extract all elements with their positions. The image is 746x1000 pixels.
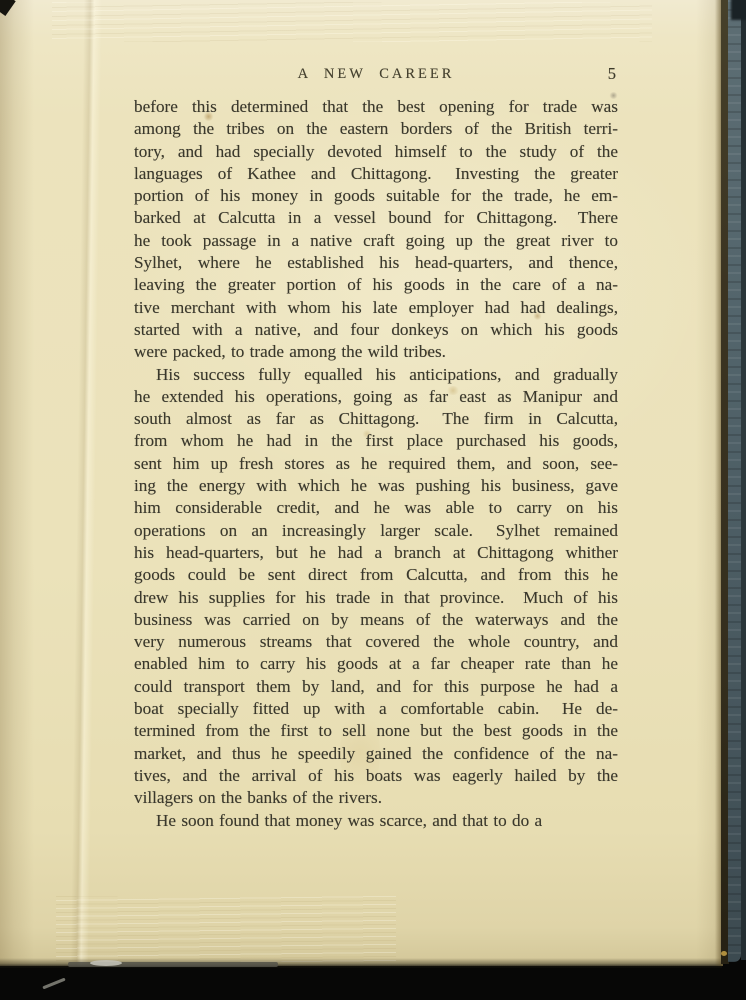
text-line: from whom he had in the first place purc… [134, 430, 618, 452]
text-line: villagers on the banks of the rivers. [134, 787, 618, 809]
text-line: among the tribes on the eastern borders … [134, 118, 618, 140]
text-line: could transport them by land, and for th… [134, 676, 618, 698]
text-line: tive merchant with whom his late employe… [134, 297, 618, 319]
page-edges-top [52, 2, 652, 42]
book-scan: A NEW CAREER 5 before this determined th… [0, 0, 746, 1000]
text-line: drew his supplies for his trade in that … [134, 587, 618, 609]
text-line: His success fully equalled his anticipat… [134, 364, 618, 386]
text-line: south almost as far as Chittagong. The f… [134, 408, 618, 430]
text-line: enabled him to carry his goods at a far … [134, 653, 618, 675]
cover-gold-speck [721, 951, 727, 956]
text-line: business was carried on by means of the … [134, 609, 618, 631]
paragraph: before this determined that the best ope… [134, 96, 618, 364]
text-line: ing the energy with which he was pushing… [134, 475, 618, 497]
text-line: goods could be sent direct from Calcutta… [134, 564, 618, 586]
cover-outer-edge [741, 0, 746, 960]
scratch-mark [42, 978, 65, 990]
text-line: termined from the first to sell none but… [134, 720, 618, 742]
page-crease [71, 0, 102, 966]
text-line: he extended his operations, going as far… [134, 386, 618, 408]
text-line: he took passage in a native craft going … [134, 230, 618, 252]
text-line: his head-quarters, but he had a branch a… [134, 542, 618, 564]
text-line: Sylhet, where he established his head-qu… [134, 252, 618, 274]
text-line: very numerous streams that covered the w… [134, 631, 618, 653]
text-line: before this determined that the best ope… [134, 96, 618, 118]
running-title: A NEW CAREER [134, 64, 618, 84]
text-line: started with a native, and four donkeys … [134, 319, 618, 341]
page-body: before this determined that the best ope… [134, 96, 618, 832]
text-line: market, and thus he speedily gained the … [134, 743, 618, 765]
text-line: tory, and had specially devoted himself … [134, 141, 618, 163]
paragraph: His success fully equalled his anticipat… [134, 364, 618, 810]
text-line: portion of his money in goods suitable f… [134, 185, 618, 207]
page-edges-bottom [56, 896, 396, 962]
page-header: A NEW CAREER 5 [134, 64, 618, 84]
text-line: He soon found that money was scarce, and… [134, 810, 618, 832]
page-number: 5 [608, 64, 616, 84]
book-page: A NEW CAREER 5 before this determined th… [0, 0, 722, 966]
book-cover [728, 0, 741, 962]
text-line: languages of Kathee and Chittagong. Inve… [134, 163, 618, 185]
text-line: boat specially fitted up with a comforta… [134, 698, 618, 720]
text-line: him considerable credit, and he was able… [134, 497, 618, 519]
text-line: tives, and the arrival of his boats was … [134, 765, 618, 787]
paragraph: He soon found that money was scarce, and… [134, 810, 618, 832]
corner-mark-top-right [731, 0, 746, 20]
text-line: sent him up fresh stores as he required … [134, 453, 618, 475]
corner-mark-top-left [0, 0, 16, 16]
page-content: A NEW CAREER 5 before this determined th… [134, 64, 618, 832]
text-line: leaving the greater portion of his goods… [134, 274, 618, 296]
text-line: barked at Calcutta in a vessel bound for… [134, 207, 618, 229]
text-line: were packed, to trade among the wild tri… [134, 341, 618, 363]
text-line: operations on an increasingly larger sca… [134, 520, 618, 542]
page-bottom-highlight [90, 960, 122, 966]
